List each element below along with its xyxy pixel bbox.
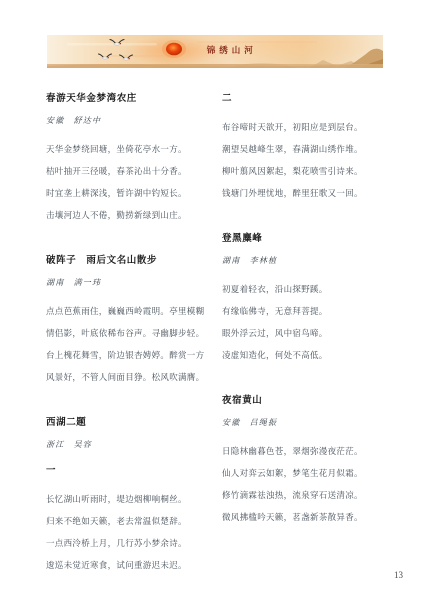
poem-author: 湖南 李林植 — [222, 255, 390, 266]
poem-line: 布谷啼时天欲开，初阳应是到层台。 — [222, 116, 390, 138]
section-label-two: 二 — [222, 90, 390, 104]
right-column: 二 布谷啼时天欲开，初阳应是到层台。 潮望吴越峰生翠，春满湖山绣作堆。 柳叶翦风… — [222, 90, 390, 554]
poem-line: 归来不绝如天籁，老去常温似楚辞。 — [46, 510, 214, 532]
poem-westlake: 西湖二题 浙江 吴容 一 长忆湖山听雨时，堤边烟柳响桐丝。 归来不绝如天籁，老去… — [46, 414, 214, 576]
poem-title: 夜宿黄山 — [222, 392, 390, 406]
poem-line: 一点西泠桥上月，几行苏小梦余诗。 — [46, 532, 214, 554]
poem-line: 击壤河边人不倦，勤捞新绿到山庄。 — [46, 204, 214, 226]
poem-title: 破阵子 雨后文名山散步 — [46, 252, 214, 266]
poem-author: 湖南 满一玮 — [46, 277, 214, 288]
poem-line: 天华金梦绕回塘，坐倚花亭水一方。 — [46, 138, 214, 160]
poem-line: 台上槐花舞雪，阶边银杏娉婷。醉赏一方 — [46, 344, 214, 366]
sun-icon — [162, 40, 186, 58]
poem-author: 安徽 舒达中 — [46, 115, 214, 126]
header-banner: 锦绣山河 — [47, 35, 383, 68]
poem-line: 柳叶翦风因絮起，梨花喷雪引诗来。 — [222, 160, 390, 182]
poem-line: 微风拂槛吟天籁，茗盏新茶散异香。 — [222, 506, 390, 528]
poem-author: 安徽 吕绳振 — [222, 417, 390, 428]
poem-westlake-two: 二 布谷啼时天欲开，初阳应是到层台。 潮望吴越峰生翠，春满湖山绣作堆。 柳叶翦风… — [222, 90, 390, 204]
poem-line: 潮望吴越峰生翠，春满湖山绣作堆。 — [222, 138, 390, 160]
poem-heimifeng: 登黑麋峰 湖南 李林植 初夏着轻衣，沿山探野蹊。 有缘临佛寺，无意拜菩提。 眼外… — [222, 230, 390, 366]
poem-line: 风景好，不管人间面目狰。松风吹满膺。 — [46, 366, 214, 388]
cloud-streaks-icon — [67, 41, 317, 57]
poem-line: 点点芭蕉雨住，巍巍西岭霞明。亭里模糊 — [46, 300, 214, 322]
poem-line: 时宜垄上耕深浅，暂许湖中钓短长。 — [46, 182, 214, 204]
poem-author: 浙江 吴容 — [46, 439, 214, 450]
poem-line: 眼外浮云过，风中宿鸟啼。 — [222, 322, 390, 344]
left-column: 春游天华金梦湾农庄 安徽 舒达中 天华金梦绕回塘，坐倚花亭水一方。 桔叶抽开三径… — [46, 90, 214, 600]
poem-title: 登黑麋峰 — [222, 230, 390, 244]
poem-title: 西湖二题 — [46, 414, 214, 428]
journal-page: { "banner": { "title": "锦绣山河", "title_co… — [0, 0, 424, 600]
banner-title: 锦绣山河 — [207, 44, 257, 56]
section-label-one: 一 — [46, 462, 214, 476]
poem-line: 钱塘门外埋忧地，醉里狂歌又一回。 — [222, 182, 390, 204]
poem-spring-farm: 春游天华金梦湾农庄 安徽 舒达中 天华金梦绕回塘，坐倚花亭水一方。 桔叶抽开三径… — [46, 90, 214, 226]
poem-line: 初夏着轻衣，沿山探野蹊。 — [222, 278, 390, 300]
poem-line: 仙人对弈云如絮，梦笔生花月似霜。 — [222, 462, 390, 484]
poem-line: 情侣影，叶底依稀布谷声。寻幽脚步轻。 — [46, 322, 214, 344]
poem-line: 修竹滴霖祛浊热，流泉穿石送清凉。 — [222, 484, 390, 506]
poem-huangshan: 夜宿黄山 安徽 吕绳振 日隐林幽暮色苍，翠烟弥漫夜茫茫。 仙人对弈云如絮，梦笔生… — [222, 392, 390, 528]
poem-line: 日隐林幽暮色苍，翠烟弥漫夜茫茫。 — [222, 440, 390, 462]
poem-line: 逡巡未觉近寒食，试问重游迟未迟。 — [46, 554, 214, 576]
page-number: 13 — [394, 570, 403, 580]
poem-line: 桔叶抽开三径暖，春茶沁出十分香。 — [46, 160, 214, 182]
poem-line: 长忆湖山听雨时，堤边烟柳响桐丝。 — [46, 488, 214, 510]
poem-pozhenzi: 破阵子 雨后文名山散步 湖南 满一玮 点点芭蕉雨住，巍巍西岭霞明。亭里模糊 情侣… — [46, 252, 214, 388]
poem-line: 有缘临佛寺，无意拜菩提。 — [222, 300, 390, 322]
poem-title: 春游天华金梦湾农庄 — [46, 90, 214, 104]
poem-line: 凌虚知造化，何处不高低。 — [222, 344, 390, 366]
